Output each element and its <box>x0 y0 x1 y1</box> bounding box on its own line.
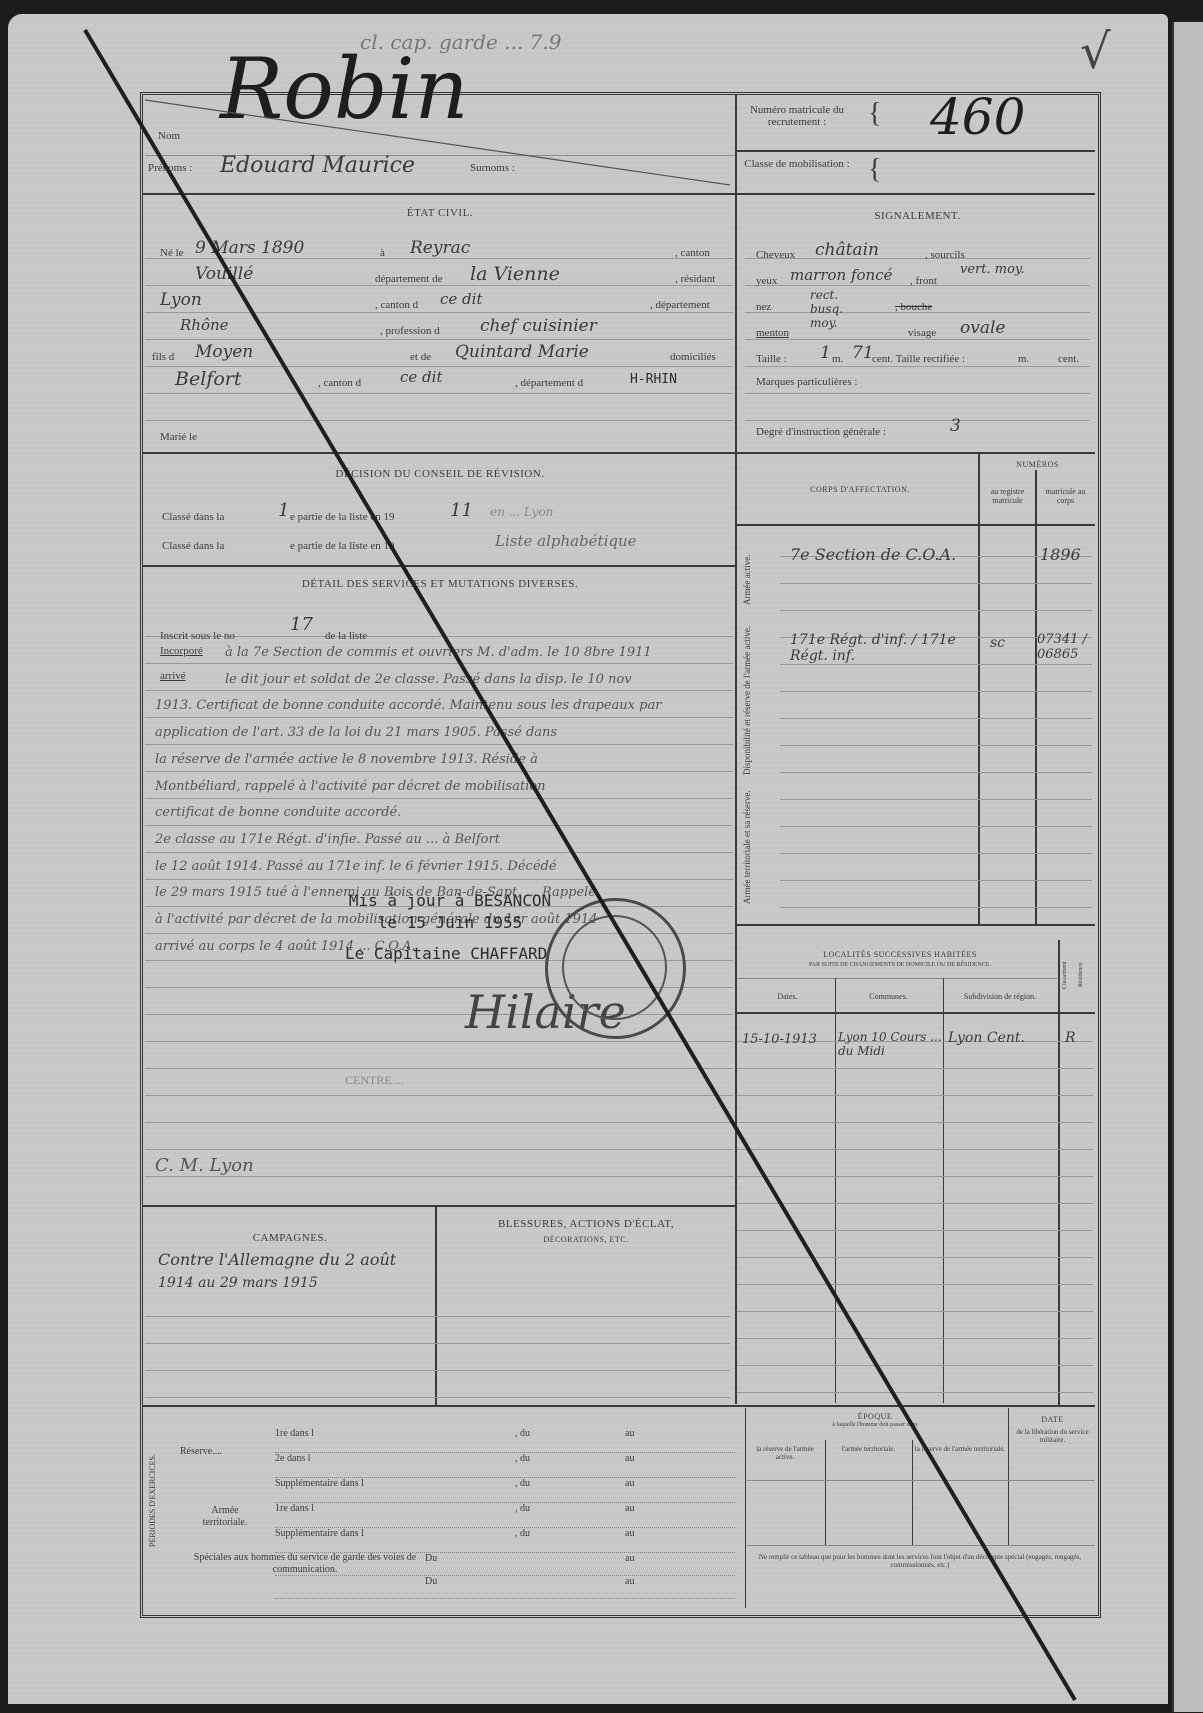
hair-value: châtain <box>815 240 879 260</box>
face-value: ovale <box>960 318 1005 338</box>
conseil-title: DÉCISION DU CONSEIL DE RÉVISION. <box>145 468 735 480</box>
height-cm: 71 <box>852 343 874 363</box>
official-stamp <box>545 898 686 1039</box>
periode-row: 2e dans l, duau <box>275 1453 735 1478</box>
campagne-line-1: Contre l'Allemagne du 2 août <box>158 1250 396 1269</box>
check-mark: √ <box>1080 24 1111 80</box>
domicile-value: Belfort <box>175 368 241 390</box>
campagnes-title: CAMPAGNES. <box>145 1232 435 1244</box>
captain-name: Le Capitaine CHAFFARD <box>345 944 547 963</box>
matricule-value: 460 <box>930 88 1025 146</box>
prenoms-value: Edouard Maurice <box>220 153 415 178</box>
service-line: application de l'art. 33 de la loi du 21… <box>155 720 730 747</box>
eyes-value: marron foncé <box>790 266 893 284</box>
affectation-row-1-corps: 7e Section de C.O.A. <box>790 545 956 564</box>
epoque-footnote: Ne remplir ce tableau que pour les homme… <box>750 1553 1090 1569</box>
corps-header: CORPS D'AFFECTATION. <box>745 485 975 494</box>
localites-title: LOCALITÉS SUCCESSIVES HABITÉES <box>745 950 1055 959</box>
nom-value: Robin <box>220 40 469 138</box>
departement-value: la Vienne <box>470 263 560 285</box>
service-line: 2e classe au 171e Régt. d'infie. Passé a… <box>155 827 730 854</box>
periodes-side-label: PÉRIODES D'EXERCICES. <box>148 1430 157 1570</box>
campagne-line-2: 1914 au 29 mars 1915 <box>158 1275 318 1291</box>
periode-row: Duau <box>275 1576 735 1599</box>
classe-label: Classe de mobilisation : <box>742 158 852 170</box>
profession-value: chef cuisinier <box>480 316 597 336</box>
affectation-row-2-corps: 171e Régt. d'inf. / 171e Régt. inf. <box>790 632 970 664</box>
localite-commune: Lyon 10 Cours ... du Midi <box>838 1030 943 1058</box>
blessures-title: BLESSURES, ACTIONS D'ÉCLAT, <box>437 1218 735 1230</box>
services-title: DÉTAIL DES SERVICES ET MUTATIONS DIVERSE… <box>145 578 735 590</box>
matricule-label: Numéro matricule du recrutement : <box>742 104 852 128</box>
periode-row: 1re dans l, duau <box>275 1503 735 1528</box>
residence-value: Lyon <box>160 290 202 310</box>
periode-row: Supplémentaire dans l, duau <box>275 1528 735 1553</box>
epoque-title: ÉPOQUE <box>745 1412 1005 1421</box>
periode-row: Supplémentaire dans l, duau <box>275 1478 735 1503</box>
service-line: à la 7e Section de commis et ouvriers M.… <box>155 640 730 667</box>
height-m: 1 <box>820 343 831 363</box>
surnoms-label: Surnoms : <box>470 162 515 174</box>
father-name: Moyen <box>195 342 253 362</box>
service-line: Montbéliard, rappelé à l'activité par dé… <box>155 774 730 801</box>
education-level: 3 <box>950 416 961 436</box>
mother-name: Quintard Marie <box>455 342 589 362</box>
birth-date: 9 Mars 1890 <box>195 238 304 258</box>
departement3-value: H-RHIN <box>630 372 677 387</box>
prenoms-label: Prénoms : <box>148 162 192 174</box>
nom-label: Nom <box>158 130 180 142</box>
localite-subdivision: Lyon Cent. <box>948 1030 1025 1046</box>
periode-row: 1re dans l, duau <box>275 1428 735 1453</box>
update-note: Mis à jour à BESANCON le 15 Juin 1955 <box>300 890 600 934</box>
canton-value: Vouillé <box>195 264 253 284</box>
service-line: le 12 août 1914. Passé au 171e inf. le 6… <box>155 854 730 881</box>
localite-date: 15-10-1913 <box>742 1032 817 1047</box>
etat-civil-title: ÉTAT CIVIL. <box>145 207 735 219</box>
service-line: le dit jour et soldat de 2e classe. Pass… <box>155 667 730 694</box>
signalement-title: SIGNALEMENT. <box>740 210 1095 222</box>
service-line: 1913. Certificat de bonne conduite accor… <box>155 693 730 720</box>
adjacent-page-edge <box>1172 22 1203 1712</box>
birth-place: Reyrac <box>410 238 470 258</box>
service-line: certificat de bonne conduite accordé. <box>155 800 730 827</box>
service-line: la réserve de l'armée active le 8 novemb… <box>155 747 730 774</box>
